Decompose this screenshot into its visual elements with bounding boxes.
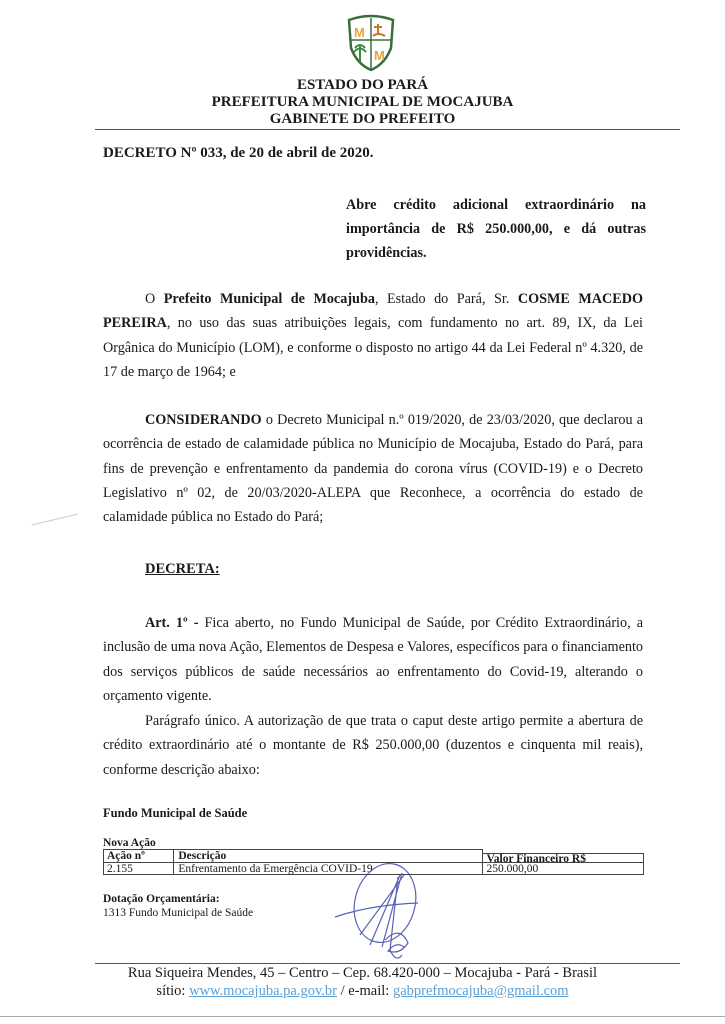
website-link[interactable]: www.mocajuba.pa.gov.br xyxy=(189,983,337,999)
decree-title: DECRETO Nº 033, de 20 de abril de 2020. xyxy=(103,145,374,162)
considerando-text: o Decreto Municipal n.º 019/2020, de 23/… xyxy=(103,412,643,525)
fund-title: Fundo Municipal de Saúde xyxy=(103,806,247,821)
preamble-paragraph: O Prefeito Municipal de Mocajuba, Estado… xyxy=(103,287,643,384)
considerando-label: CONSIDERANDO xyxy=(145,412,262,428)
table-title: Nova Ação xyxy=(103,837,156,849)
footer-divider xyxy=(95,963,680,964)
column-header-action: Ação nº xyxy=(103,849,174,862)
column-header-description: Descrição xyxy=(174,849,482,862)
email-link[interactable]: gabprefmocajuba@gmail.com xyxy=(393,983,569,999)
scan-artifact xyxy=(30,512,80,527)
budget-allocation-value: 1313 Fundo Municipal de Saúde xyxy=(103,907,253,919)
header-divider xyxy=(95,129,680,130)
header-state: ESTADO DO PARÁ xyxy=(0,77,725,94)
sole-paragraph: Parágrafo único. A autorização de que tr… xyxy=(103,709,643,782)
considerando-paragraph: CONSIDERANDO o Decreto Municipal n.º 019… xyxy=(103,408,643,529)
sole-paragraph-text: Parágrafo único. A autorização de que tr… xyxy=(103,713,643,778)
footer-contact: sítio: www.mocajuba.pa.gov.br / e-mail: … xyxy=(0,983,725,1000)
preamble-text: O xyxy=(145,291,164,307)
article-1: Art. 1º - Fica aberto, no Fundo Municipa… xyxy=(103,611,643,708)
decree-ementa: Abre crédito adicional extraordinário na… xyxy=(346,193,646,265)
signature-icon xyxy=(330,855,420,965)
cell-action-number: 2.155 xyxy=(103,862,174,875)
cell-description: Enfrentamento da Emergência COVID-19 xyxy=(174,862,482,875)
preamble-mayor-title: Prefeito Municipal de Mocajuba xyxy=(164,291,375,307)
page-edge xyxy=(0,1016,725,1017)
email-label: / e-mail: xyxy=(337,983,393,999)
header-office: GABINETE DO PREFEITO xyxy=(0,111,725,128)
budget-allocation-label: Dotação Orçamentária: xyxy=(103,893,220,905)
footer-address: Rua Siqueira Mendes, 45 – Centro – Cep. … xyxy=(0,965,725,982)
header-prefecture: PREFEITURA MUNICIPAL DE MOCAJUBA xyxy=(0,94,725,111)
site-label: sítio: xyxy=(156,983,189,999)
preamble-text: , no uso das suas atribuições legais, co… xyxy=(103,315,643,380)
mocajuba-coat-of-arms-icon: M M xyxy=(345,14,397,72)
article-1-label: Art. 1º - xyxy=(145,615,198,631)
cell-value: 250.000,00 xyxy=(483,862,645,875)
preamble-text: , Estado do Pará, Sr. xyxy=(375,291,518,307)
emblem-letter-m2: M xyxy=(374,48,385,63)
emblem-letter-m1: M xyxy=(354,25,365,40)
decreta-heading: DECRETA: xyxy=(145,561,220,578)
